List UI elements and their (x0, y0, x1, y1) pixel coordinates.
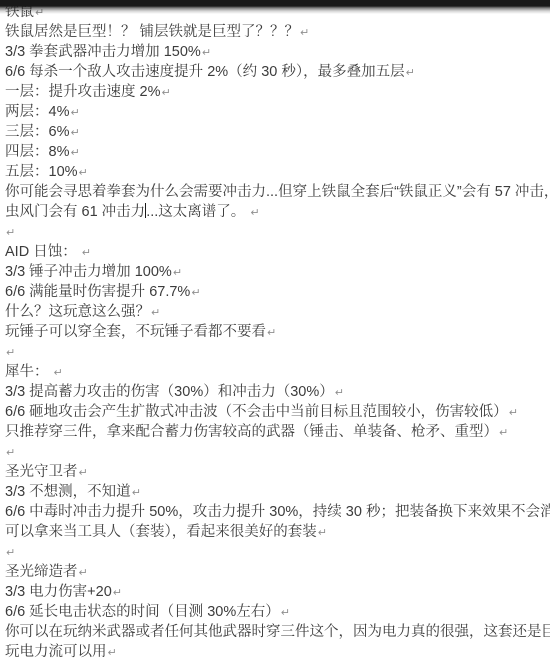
line-text: 铁鼠居然是巨型！？ 铺层铁就是巨型了？？？ (5, 24, 299, 40)
line-text: 6/6 每杀一个敌人攻击速度提升 2%（约 30 秒），最多叠加五层 (5, 64, 405, 80)
paragraph-mark-icon: ↵ (318, 526, 327, 539)
paragraph-mark-icon: ↵ (79, 566, 88, 579)
paragraph-mark-icon: ↵ (108, 646, 117, 659)
paragraph-mark-icon: ↵ (6, 546, 15, 559)
paragraph-mark-icon: ↵ (35, 6, 44, 19)
paragraph-mark-icon: ↵ (6, 446, 15, 459)
text-line[interactable]: AID 日蚀： ↵ (5, 242, 546, 262)
paragraph-mark-icon: ↵ (132, 486, 141, 499)
line-text: AID 日蚀： (5, 244, 81, 260)
line-text: 3/3 拳套武器冲击力增加 150% (5, 44, 201, 60)
line-text: 犀牛： (5, 364, 53, 380)
line-text: 虫风门会有 61 冲击力 (5, 204, 145, 220)
document-text-area[interactable]: 铁鼠↵铁鼠居然是巨型！？ 铺层铁就是巨型了？？？↵3/3 拳套武器冲击力增加 1… (0, 0, 550, 659)
line-text: 6/6 中毒时冲击力提升 50%，攻击力提升 30%，持续 30 秒；把装备换下… (5, 504, 550, 520)
paragraph-mark-icon: ↵ (79, 166, 88, 179)
paragraph-mark-icon: ↵ (300, 26, 309, 39)
line-text: 圣光缔造者 (5, 564, 78, 580)
line-text: 你可以在玩纳米武器或者任何其他武器时穿三件这个，因为电力真的很强，这套还是巨型。 (5, 624, 550, 640)
text-line[interactable]: 3/3 拳套武器冲击力增加 150%↵ (5, 42, 546, 62)
paragraph-mark-icon: ↵ (250, 206, 259, 219)
line-text: 玩锤子可以穿全套，不玩锤子看都不要看 (5, 324, 266, 340)
text-line[interactable]: 铁鼠↵ (5, 2, 546, 22)
line-text: 你可能会寻思着拳套为什么会需要冲击力...但穿上铁鼠全套后“铁鼠正义”会有 57… (5, 184, 550, 200)
paragraph-mark-icon: ↵ (267, 326, 276, 339)
line-text: 四层：8% (5, 144, 69, 160)
text-line[interactable]: 一层：提升攻击速度 2%↵ (5, 82, 546, 102)
paragraph-mark-icon: ↵ (82, 246, 91, 259)
text-line[interactable]: 3/3 电力伤害+20↵ (5, 582, 546, 602)
text-line[interactable]: 6/6 砸地攻击会产生扩散式冲击波（不会击中当前目标且范围较小，伤害较低）↵ (5, 402, 546, 422)
text-line[interactable]: ↵ (5, 342, 546, 362)
text-line[interactable]: 3/3 不想测，不知道↵ (5, 482, 546, 502)
paragraph-mark-icon: ↵ (191, 286, 200, 299)
paragraph-mark-icon: ↵ (79, 466, 88, 479)
text-line[interactable]: ↵ (5, 542, 546, 562)
line-text: 铁鼠 (5, 4, 34, 20)
line-text: 3/3 锤子冲击力增加 100% (5, 264, 172, 280)
line-text: 一层：提升攻击速度 2% (5, 84, 161, 100)
text-line[interactable]: 可以拿来当工具人（套装），看起来很美好的套装↵ (5, 522, 546, 542)
paragraph-mark-icon: ↵ (335, 386, 344, 399)
line-text: 三层：6% (5, 124, 69, 140)
text-line[interactable]: 圣光守卫者↵ (5, 462, 546, 482)
text-line[interactable]: 你可以在玩纳米武器或者任何其他武器时穿三件这个，因为电力真的很强，这套还是巨型。 (5, 622, 546, 642)
text-line[interactable]: 6/6 满能量时伤害提升 67.7%↵ (5, 282, 546, 302)
document-lines: 铁鼠↵铁鼠居然是巨型！？ 铺层铁就是巨型了？？？↵3/3 拳套武器冲击力增加 1… (5, 2, 546, 659)
paragraph-mark-icon: ↵ (499, 426, 508, 439)
text-line[interactable]: 玩锤子可以穿全套，不玩锤子看都不要看↵ (5, 322, 546, 342)
text-line[interactable]: 6/6 中毒时冲击力提升 50%，攻击力提升 30%，持续 30 秒；把装备换下… (5, 502, 546, 522)
text-line[interactable]: 三层：6%↵ (5, 122, 546, 142)
text-line[interactable]: 圣光缔造者↵ (5, 562, 546, 582)
text-line[interactable]: 3/3 锤子冲击力增加 100%↵ (5, 262, 546, 282)
paragraph-mark-icon: ↵ (162, 86, 171, 99)
line-text: 五层：10% (5, 164, 78, 180)
line-text: 只推荐穿三件，拿来配合蓄力伤害较高的武器（锤击、单装备、枪矛、重型） (5, 424, 498, 440)
text-line[interactable]: 只推荐穿三件，拿来配合蓄力伤害较高的武器（锤击、单装备、枪矛、重型）↵ (5, 422, 546, 442)
line-text: 3/3 不想测，不知道 (5, 484, 131, 500)
text-line[interactable]: ↵ (5, 442, 546, 462)
text-line[interactable]: ↵ (5, 222, 546, 242)
text-line[interactable]: 你可能会寻思着拳套为什么会需要冲击力...但穿上铁鼠全套后“铁鼠正义”会有 57… (5, 182, 546, 202)
paragraph-mark-icon: ↵ (509, 406, 518, 419)
paragraph-mark-icon: ↵ (70, 126, 79, 139)
paragraph-mark-icon: ↵ (6, 346, 15, 359)
line-text: 什么？这玩意这么强？ (5, 304, 150, 320)
line-text: 6/6 延长电击状态的时间（目测 30%左右） (5, 604, 280, 620)
paragraph-mark-icon: ↵ (173, 266, 182, 279)
paragraph-mark-icon: ↵ (406, 66, 415, 79)
line-text: 3/3 电力伤害+20 (5, 584, 112, 600)
line-text: 6/6 满能量时伤害提升 67.7% (5, 284, 190, 300)
paragraph-mark-icon: ↵ (70, 146, 79, 159)
line-text: ...这太离谱了。 (146, 204, 249, 220)
paragraph-mark-icon: ↵ (281, 606, 290, 619)
text-line[interactable]: 3/3 提高蓄力攻击的伤害（30%）和冲击力（30%）↵ (5, 382, 546, 402)
text-line[interactable]: 6/6 延长电击状态的时间（目测 30%左右）↵ (5, 602, 546, 622)
text-line[interactable]: 铁鼠居然是巨型！？ 铺层铁就是巨型了？？？↵ (5, 22, 546, 42)
text-line[interactable]: 虫风门会有 61 冲击力...这太离谱了。 ↵ (5, 202, 546, 222)
line-text: 3/3 提高蓄力攻击的伤害（30%）和冲击力（30%） (5, 384, 334, 400)
text-line[interactable]: 什么？这玩意这么强？↵ (5, 302, 546, 322)
text-line[interactable]: 犀牛： ↵ (5, 362, 546, 382)
text-line[interactable]: 五层：10%↵ (5, 162, 546, 182)
text-line[interactable]: 四层：8%↵ (5, 142, 546, 162)
paragraph-mark-icon: ↵ (54, 366, 63, 379)
text-line[interactable]: 玩电力流可以用↵ (5, 642, 546, 659)
line-text: 圣光守卫者 (5, 464, 78, 480)
line-text: 6/6 砸地攻击会产生扩散式冲击波（不会击中当前目标且范围较小，伤害较低） (5, 404, 508, 420)
line-text: 玩电力流可以用 (5, 644, 107, 659)
line-text: 可以拿来当工具人（套装），看起来很美好的套装 (5, 524, 317, 540)
line-text: 两层：4% (5, 104, 69, 120)
paragraph-mark-icon: ↵ (151, 306, 160, 319)
paragraph-mark-icon: ↵ (70, 106, 79, 119)
text-line[interactable]: 两层：4%↵ (5, 102, 546, 122)
paragraph-mark-icon: ↵ (202, 46, 211, 59)
paragraph-mark-icon: ↵ (6, 226, 15, 239)
text-line[interactable]: 6/6 每杀一个敌人攻击速度提升 2%（约 30 秒），最多叠加五层↵ (5, 62, 546, 82)
paragraph-mark-icon: ↵ (113, 586, 122, 599)
